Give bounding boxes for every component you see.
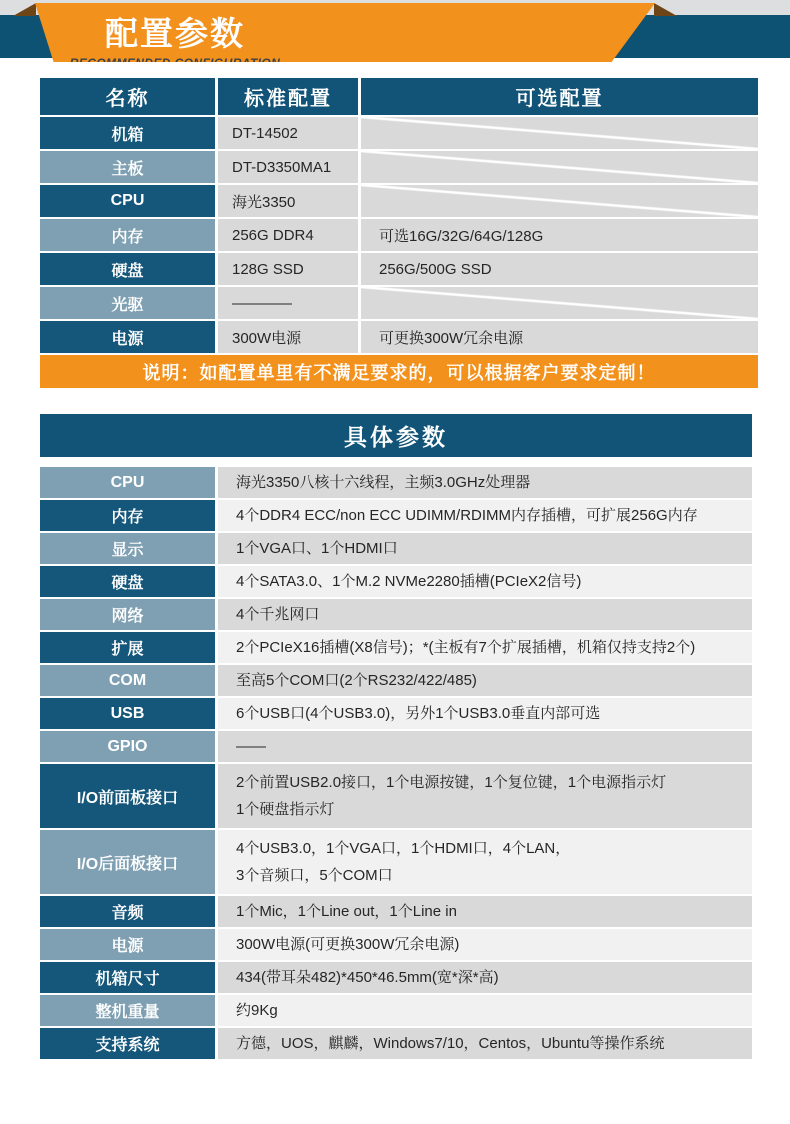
config-note: 说明：如配置单里有不满足要求的，可以根据客户要求定制！ (40, 355, 758, 388)
config-header-optional: 可选配置 (361, 78, 758, 115)
detail-row-value: 4个USB3.0，1个VGA口，1个HDMI口，4个LAN， 3个音频口，5个C… (218, 830, 752, 894)
spec-sheet-page: 配置参数 RECOMMENDED CONFIGURATION 名称 标准配置 可… (0, 0, 790, 1124)
detail-row-value: 4个SATA3.0、1个M.2 NVMe2280插槽(PCIeX2信号) (218, 566, 752, 597)
detail-row-value: 约9Kg (218, 995, 752, 1026)
detail-row-value: 2个前置USB2.0接口，1个电源按键，1个复位键，1个电源指示灯 1个硬盘指示… (218, 764, 752, 828)
config-row-label: 光驱 (40, 287, 215, 319)
detail-row-label: USB (40, 698, 215, 729)
config-row-label: CPU (40, 185, 215, 217)
detail-table: CPU 海光3350八核十六线程，主频3.0GHz处理器 内存 4个DDR4 E… (40, 467, 752, 1059)
detail-row-value: 1个Mic，1个Line out，1个Line in (218, 896, 752, 927)
detail-row-value: 6个USB口(4个USB3.0)，另外1个USB3.0垂直内部可选 (218, 698, 752, 729)
config-header-name: 名称 (40, 78, 215, 115)
detail-row-value: 1个VGA口、1个HDMI口 (218, 533, 752, 564)
content-area: 名称 标准配置 可选配置 机箱 DT-14502 主板 DT-D3350MA1 … (40, 78, 752, 1059)
detail-row-value: 海光3350八核十六线程，主频3.0GHz处理器 (218, 467, 752, 498)
detail-row-label: 显示 (40, 533, 215, 564)
config-row-standard: DT-14502 (218, 117, 358, 149)
config-row-standard: 128G SSD (218, 253, 358, 285)
config-row-standard: 海光3350 (218, 185, 358, 217)
config-row-standard: DT-D3350MA1 (218, 151, 358, 183)
detail-row-label: 内存 (40, 500, 215, 531)
config-row-standard: 256G DDR4 (218, 219, 358, 251)
config-row-standard: 300W电源 (218, 321, 358, 353)
orange-ribbon: 配置参数 RECOMMENDED CONFIGURATION (35, 3, 655, 62)
config-row-label: 硬盘 (40, 253, 215, 285)
detail-row-label: 机箱尺寸 (40, 962, 215, 993)
detail-row-value: 方德，UOS，麒麟，Windows7/10，Centos，Ubuntu等操作系统 (218, 1028, 752, 1059)
detail-row-label: 支持系统 (40, 1028, 215, 1059)
detail-row-label: I/O后面板接口 (40, 830, 215, 894)
config-row-optional: 可选16G/32G/64G/128G (361, 219, 758, 251)
detail-row-value: —— (218, 731, 752, 762)
config-row-standard: ———— (218, 287, 358, 319)
top-banner: 配置参数 RECOMMENDED CONFIGURATION (0, 0, 790, 62)
detail-section-title: 具体参数 (40, 414, 752, 457)
config-row-label: 机箱 (40, 117, 215, 149)
config-row-optional: 可更换300W冗余电源 (361, 321, 758, 353)
detail-row-label: 电源 (40, 929, 215, 960)
detail-row-label: COM (40, 665, 215, 696)
detail-row-value: 4个DDR4 ECC/non ECC UDIMM/RDIMM内存插槽，可扩展25… (218, 500, 752, 531)
banner-subtitle: RECOMMENDED CONFIGURATION (60, 56, 290, 70)
banner-title: 配置参数 (75, 8, 275, 55)
detail-row-value: 300W电源(可更换300W冗余电源) (218, 929, 752, 960)
detail-row-label: GPIO (40, 731, 215, 762)
config-row-optional (361, 287, 758, 319)
config-header-standard: 标准配置 (218, 78, 358, 115)
detail-row-label: 扩展 (40, 632, 215, 663)
config-row-optional (361, 117, 758, 149)
config-table: 名称 标准配置 可选配置 机箱 DT-14502 主板 DT-D3350MA1 … (40, 78, 752, 388)
config-row-label: 电源 (40, 321, 215, 353)
config-row-optional: 256G/500G SSD (361, 253, 758, 285)
detail-row-label: 音频 (40, 896, 215, 927)
detail-row-label: CPU (40, 467, 215, 498)
detail-row-label: I/O前面板接口 (40, 764, 215, 828)
detail-row-label: 整机重量 (40, 995, 215, 1026)
detail-row-label: 硬盘 (40, 566, 215, 597)
detail-row-value: 4个千兆网口 (218, 599, 752, 630)
detail-row-value: 434(带耳朵482)*450*46.5mm(宽*深*高) (218, 962, 752, 993)
config-row-optional (361, 151, 758, 183)
config-row-optional (361, 185, 758, 217)
detail-row-label: 网络 (40, 599, 215, 630)
config-row-label: 主板 (40, 151, 215, 183)
detail-row-value: 至高5个COM口(2个RS232/422/485) (218, 665, 752, 696)
config-row-label: 内存 (40, 219, 215, 251)
detail-row-value: 2个PCIeX16插槽(X8信号)；*(主板有7个扩展插槽，机箱仅持支持2个) (218, 632, 752, 663)
